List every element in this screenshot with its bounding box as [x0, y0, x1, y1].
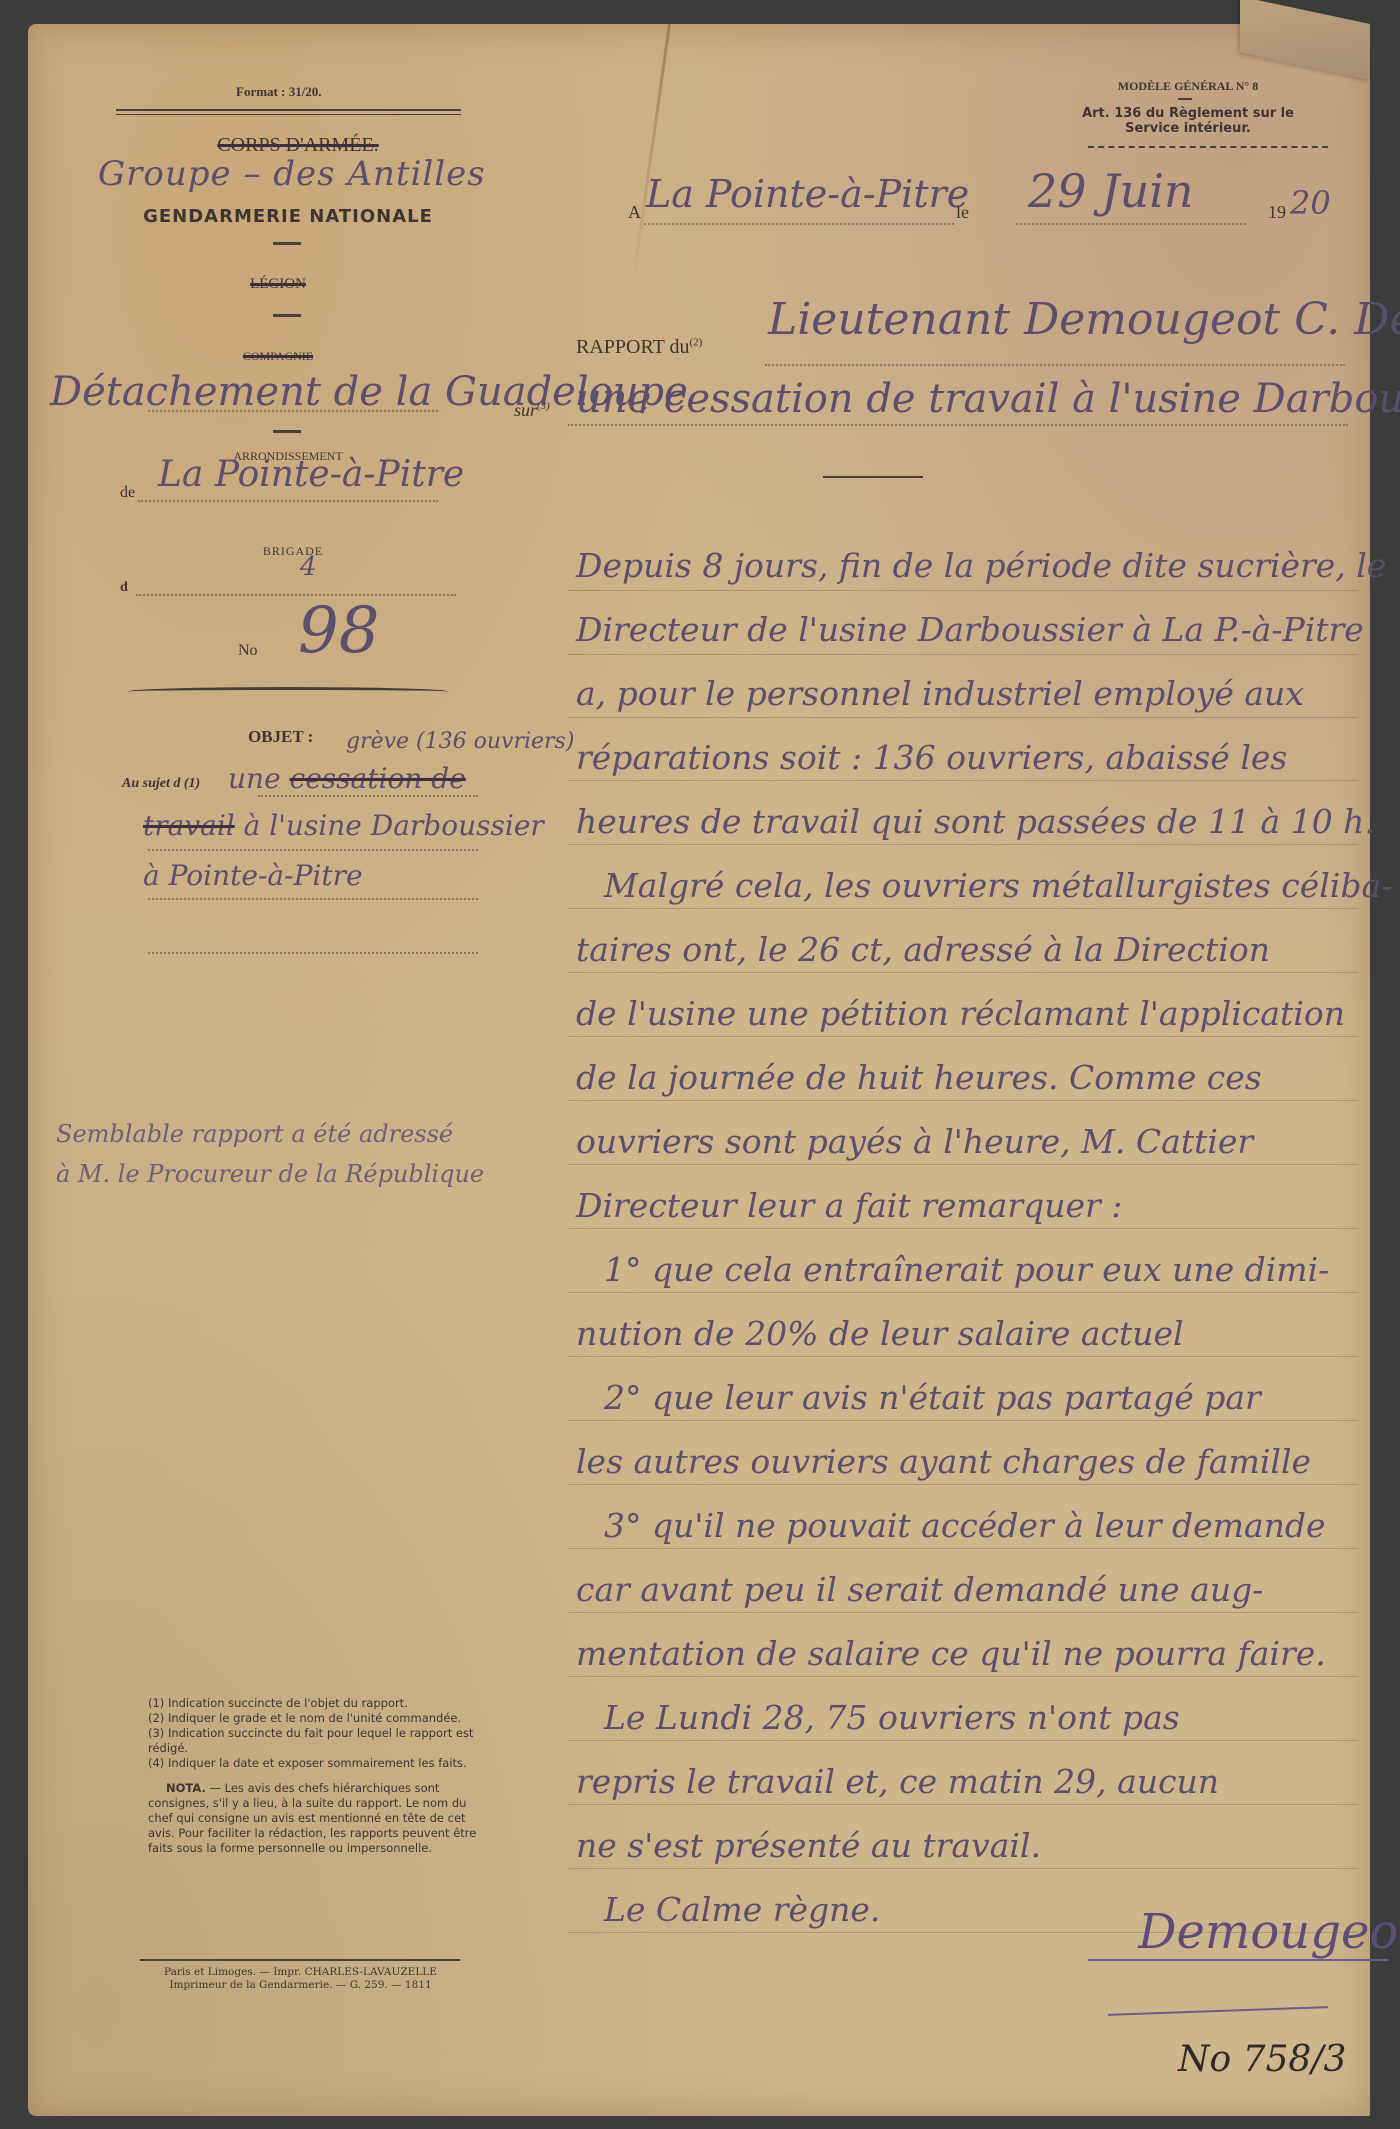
objet-line1-struck: cessation de — [290, 762, 466, 795]
arrondissement-prefix: de — [120, 484, 135, 502]
body-line: mentation de salaire ce qu'il ne pourra … — [576, 1622, 1366, 1686]
signature-underline — [1108, 2006, 1328, 2016]
printer-line2: Imprimeur de la Gendarmerie. — G. 259. —… — [128, 1979, 473, 1992]
dotted-line — [148, 410, 438, 412]
rapport-subject: une cessation de travail à l'usine Darbo… — [576, 376, 1400, 422]
article-ref: Art. 136 du Règlement sur le Service int… — [1068, 106, 1308, 136]
year-prefix: 19 — [1268, 202, 1286, 223]
section-rule — [823, 476, 923, 478]
dotted-line — [148, 898, 478, 900]
brace-divider — [128, 687, 448, 696]
objet-line2-text: à l'usine Darboussier — [244, 809, 544, 842]
body-line: taires ont, le 26 ct, adressé à la Direc… — [576, 918, 1366, 982]
model-label: MODÈLE GÉNÉRAL N° 8 — [1088, 79, 1288, 94]
side-note-line1: Semblable rapport a été adressé — [56, 1114, 484, 1154]
folded-corner — [1240, 0, 1370, 80]
registry-number: No 758/3 — [1178, 2039, 1346, 2080]
body-line: ne s'est présenté au travail. — [576, 1814, 1366, 1878]
objet-line1-text: une — [228, 762, 281, 795]
dotted-line — [1016, 223, 1246, 225]
sur-label-text: sur — [514, 400, 537, 420]
nota-label: NOTA. — [148, 1781, 206, 1795]
nota: NOTA. — Les avis des chefs hiérarchiques… — [148, 1781, 483, 1856]
sur-label: sur(3) — [514, 400, 550, 421]
dotted-line — [148, 849, 478, 851]
objet-insert: grève (136 ouvriers) — [346, 729, 574, 754]
article-line1: Art. 136 du Règlement sur le — [1068, 106, 1308, 121]
compagnie-label: COMPAGNIE — [208, 349, 348, 364]
separator — [273, 430, 301, 433]
arrondissement-handwritten: La Pointe-à-Pitre — [158, 454, 464, 495]
body-line: les autres ouvriers ayant charges de fam… — [576, 1430, 1366, 1494]
corps-handwritten: Groupe – des Antilles — [98, 154, 486, 194]
footnote-1: (1) Indication succincte de l'objet du r… — [148, 1696, 483, 1711]
dotted-line — [644, 223, 954, 225]
objet-line2: travail à l'usine Darboussier — [143, 809, 544, 842]
rapport-label-text: RAPPORT du — [576, 336, 689, 358]
report-body: Depuis 8 jours, fin de la période dite s… — [576, 534, 1366, 1942]
body-line: ouvriers sont payés à l'heure, M. Cattie… — [576, 1110, 1366, 1174]
objet-prefix: Au sujet d (1) — [122, 776, 200, 792]
number-label: No — [238, 642, 258, 660]
brigade-label: BRIGADE — [248, 544, 338, 559]
paper-tear — [632, 24, 671, 282]
footnote-3: (3) Indication succincte du fait pour le… — [148, 1726, 483, 1756]
body-line: Directeur leur a fait remarquer : — [576, 1174, 1366, 1238]
body-line: car avant peu il serait demandé une aug- — [576, 1558, 1366, 1622]
header-rule-right — [1088, 146, 1328, 148]
dotted-line — [148, 952, 478, 954]
rapport-label: RAPPORT du(2) — [576, 336, 702, 359]
printer-rule — [140, 1959, 460, 1961]
body-line: de l'usine une pétition réclamant l'appl… — [576, 982, 1366, 1046]
dotted-line — [568, 424, 1348, 426]
separator — [1178, 98, 1192, 100]
body-line: Directeur de l'usine Darboussier à La P.… — [576, 598, 1366, 662]
date-le: le — [956, 202, 969, 223]
place-prefix: A — [628, 202, 641, 223]
body-line: repris le travail et, ce matin 29, aucun — [576, 1750, 1366, 1814]
date-handwritten: 29 Juin — [1028, 164, 1194, 218]
body-line: Depuis 8 jours, fin de la période dite s… — [576, 534, 1366, 598]
signature: Demougeot — [1138, 1904, 1400, 1960]
body-line: 1° que cela entraînerait pour eux une di… — [576, 1238, 1366, 1302]
objet-line2-struck: travail — [143, 809, 235, 842]
signature-line — [1088, 1959, 1388, 1961]
rapport-note-ref: (2) — [689, 336, 702, 348]
format-label: Format : 31/20. — [236, 84, 322, 100]
body-line: nution de 20% de leur salaire actuel — [576, 1302, 1366, 1366]
dotted-line — [136, 594, 456, 596]
dotted-line — [765, 364, 1345, 366]
sur-note-ref: (3) — [537, 400, 550, 412]
footnote-2: (2) Indiquer le grade et le nom de l'uni… — [148, 1711, 483, 1726]
footnotes: (1) Indication succincte de l'objet du r… — [148, 1696, 483, 1856]
place-handwritten: La Pointe-à-Pitre — [646, 172, 969, 216]
body-line: réparations soit : 136 ouvriers, abaissé… — [576, 726, 1366, 790]
body-line: heures de travail qui sont passées de 11… — [576, 790, 1366, 854]
brigade-prefix: d — [120, 580, 128, 596]
printer-line1: Paris et Limoges. — Impr. CHARLES-LAVAUZ… — [128, 1966, 473, 1979]
gendarmerie-nationale: GENDARMERIE NATIONALE — [128, 206, 448, 227]
dotted-line — [138, 500, 438, 502]
brigade-handwritten: 4 — [300, 552, 317, 582]
objet-label: OBJET : — [248, 727, 313, 747]
dotted-line — [258, 795, 478, 797]
year-handwritten: 20 — [1290, 184, 1331, 222]
body-line: Le Lundi 28, 75 ouvriers n'ont pas — [576, 1686, 1366, 1750]
side-note-line2: à M. le Procureur de la République — [56, 1154, 484, 1194]
body-line: 2° que leur avis n'était pas partagé par — [576, 1366, 1366, 1430]
rapport-author: Lieutenant Demougeot C. Détacht. — [768, 294, 1400, 345]
header-double-rule — [116, 109, 461, 115]
footnote-4: (4) Indiquer la date et exposer sommaire… — [148, 1756, 483, 1771]
separator — [273, 314, 301, 317]
document-page: Format : 31/20. CORPS D'ARMÉE. Groupe – … — [28, 24, 1370, 2116]
objet-line3: à Pointe-à-Pitre — [143, 859, 363, 892]
body-line: Malgré cela, les ouvriers métallurgistes… — [576, 854, 1366, 918]
body-line: de la journée de huit heures. Comme ces — [576, 1046, 1366, 1110]
body-line: a, pour le personnel industriel employé … — [576, 662, 1366, 726]
printer-info: Paris et Limoges. — Impr. CHARLES-LAVAUZ… — [128, 1966, 473, 1992]
article-line2: Service intérieur. — [1068, 121, 1308, 136]
body-line: 3° qu'il ne pouvait accéder à leur deman… — [576, 1494, 1366, 1558]
objet-line1: une cessation de — [228, 762, 466, 795]
legion-label: LÉGION — [208, 276, 348, 293]
number-handwritten: 98 — [298, 594, 379, 668]
side-note: Semblable rapport a été adressé à M. le … — [56, 1114, 484, 1194]
separator — [273, 242, 301, 245]
